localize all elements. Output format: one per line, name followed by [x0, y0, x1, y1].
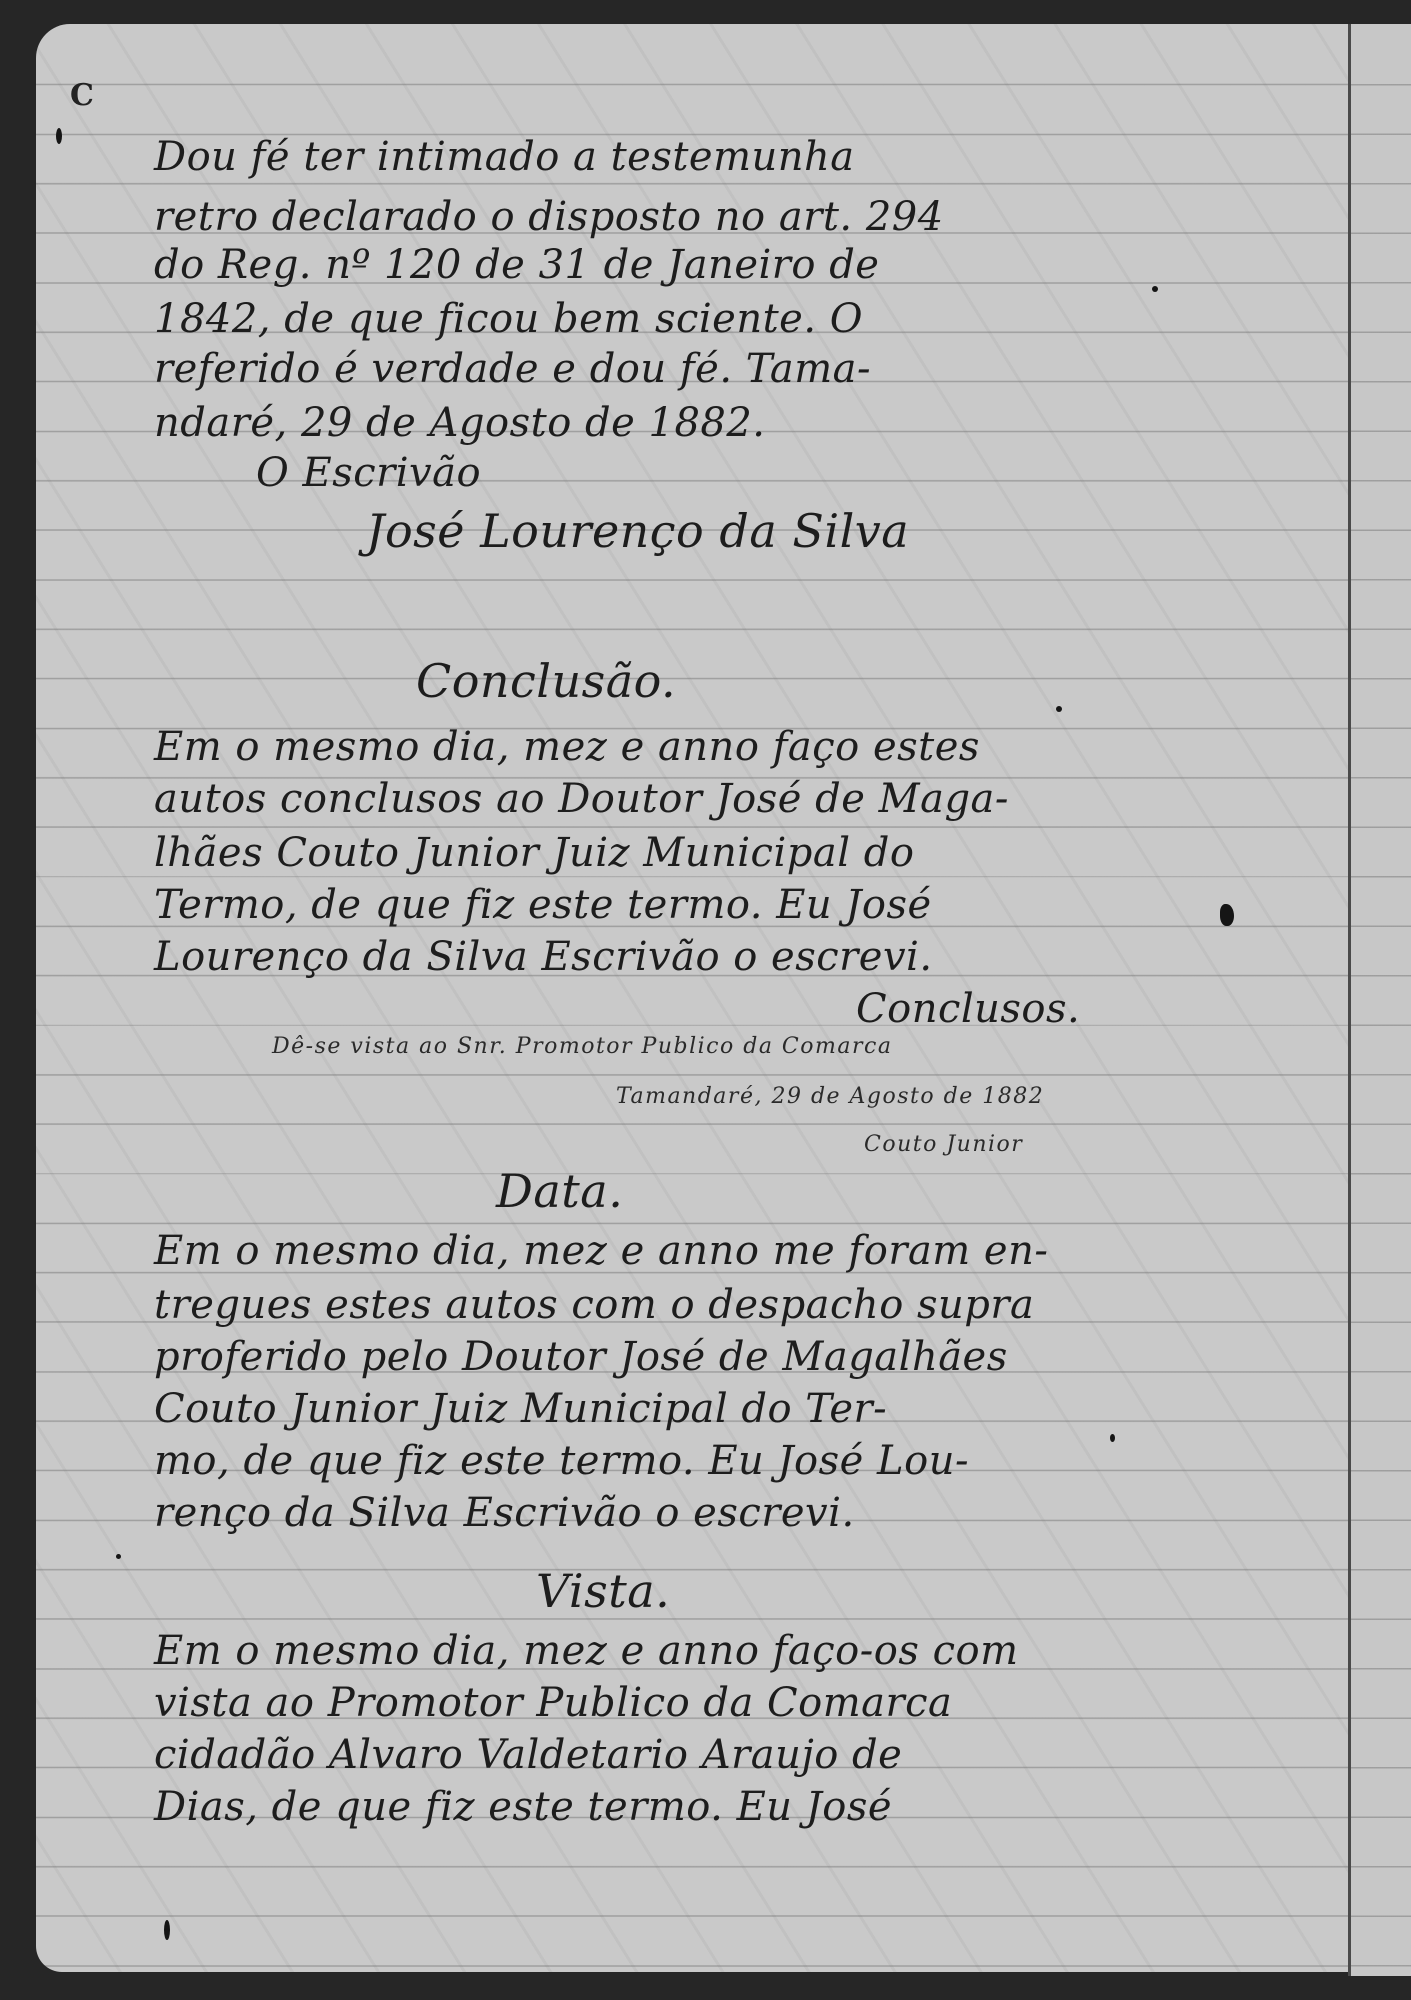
text-line: 1842, de que ficou bem sciente. O: [154, 296, 863, 342]
text-line: proferido pelo Doutor José de Magalhães: [154, 1334, 1008, 1380]
text-line: lhães Couto Junior Juiz Municipal do: [154, 830, 914, 876]
text-line: retro declarado o disposto no art. 294: [154, 194, 944, 240]
ink-spot: [1110, 1434, 1115, 1442]
text-line: Em o mesmo dia, mez e anno me foram en-: [154, 1228, 1048, 1274]
text-line: Dou fé ter intimado a testemunha: [154, 134, 855, 180]
scanned-document: C Dou fé ter intimado a testemunha retro…: [0, 0, 1411, 2000]
closing-word: Conclusos.: [856, 986, 1080, 1032]
text-line: renço da Silva Escrivão o escrevi.: [154, 1490, 855, 1536]
ink-spot: [164, 1920, 170, 1940]
text-line: Termo, de que fiz este termo. Eu José: [154, 882, 932, 928]
text-line: Em o mesmo dia, mez e anno faço estes: [154, 724, 980, 770]
section-heading-data: Data.: [496, 1164, 623, 1218]
despacho-signature: Couto Junior: [864, 1132, 1023, 1157]
text-line: Lourenço da Silva Escrivão o escrevi.: [154, 934, 933, 980]
ink-blot: [1220, 904, 1234, 926]
folio-mark: C: [70, 78, 94, 113]
despacho-text: Dê-se vista ao Snr. Promotor Publico da …: [272, 1034, 892, 1059]
manuscript-page: C Dou fé ter intimado a testemunha retro…: [36, 24, 1352, 1972]
text-line: Dias, de que fiz este termo. Eu José: [154, 1784, 892, 1830]
ink-spot: [1056, 706, 1062, 712]
ink-spot: [116, 1554, 121, 1559]
ink-spot: [1152, 286, 1158, 292]
text-line: autos conclusos ao Doutor José de Maga-: [154, 776, 1009, 822]
text-line: Em o mesmo dia, mez e anno faço-os com: [154, 1628, 1019, 1674]
section-heading-conclusao: Conclusão.: [416, 654, 676, 708]
ink-spot: [56, 128, 62, 144]
text-line: vista ao Promotor Publico da Comarca: [154, 1680, 952, 1726]
section-heading-vista: Vista.: [536, 1564, 670, 1618]
text-line: cidadão Alvaro Valdetario Araujo de: [154, 1732, 902, 1778]
text-line: ndaré, 29 de Agosto de 1882.: [154, 400, 766, 446]
text-line: Couto Junior Juiz Municipal do Ter-: [154, 1386, 887, 1432]
text-line: referido é verdade e dou fé. Tama-: [154, 346, 871, 392]
facing-page-edge: [1351, 24, 1411, 1976]
text-line: mo, de que fiz este termo. Eu José Lou-: [154, 1438, 969, 1484]
despacho-place-date: Tamandaré, 29 de Agosto de 1882: [616, 1084, 1044, 1109]
text-line: tregues estes autos com o despacho supra: [154, 1282, 1034, 1328]
signature-name: José Lourenço da Silva: [366, 504, 909, 558]
signature-title: O Escrivão: [256, 450, 481, 496]
text-line: do Reg. nº 120 de 31 de Janeiro de: [154, 242, 879, 288]
